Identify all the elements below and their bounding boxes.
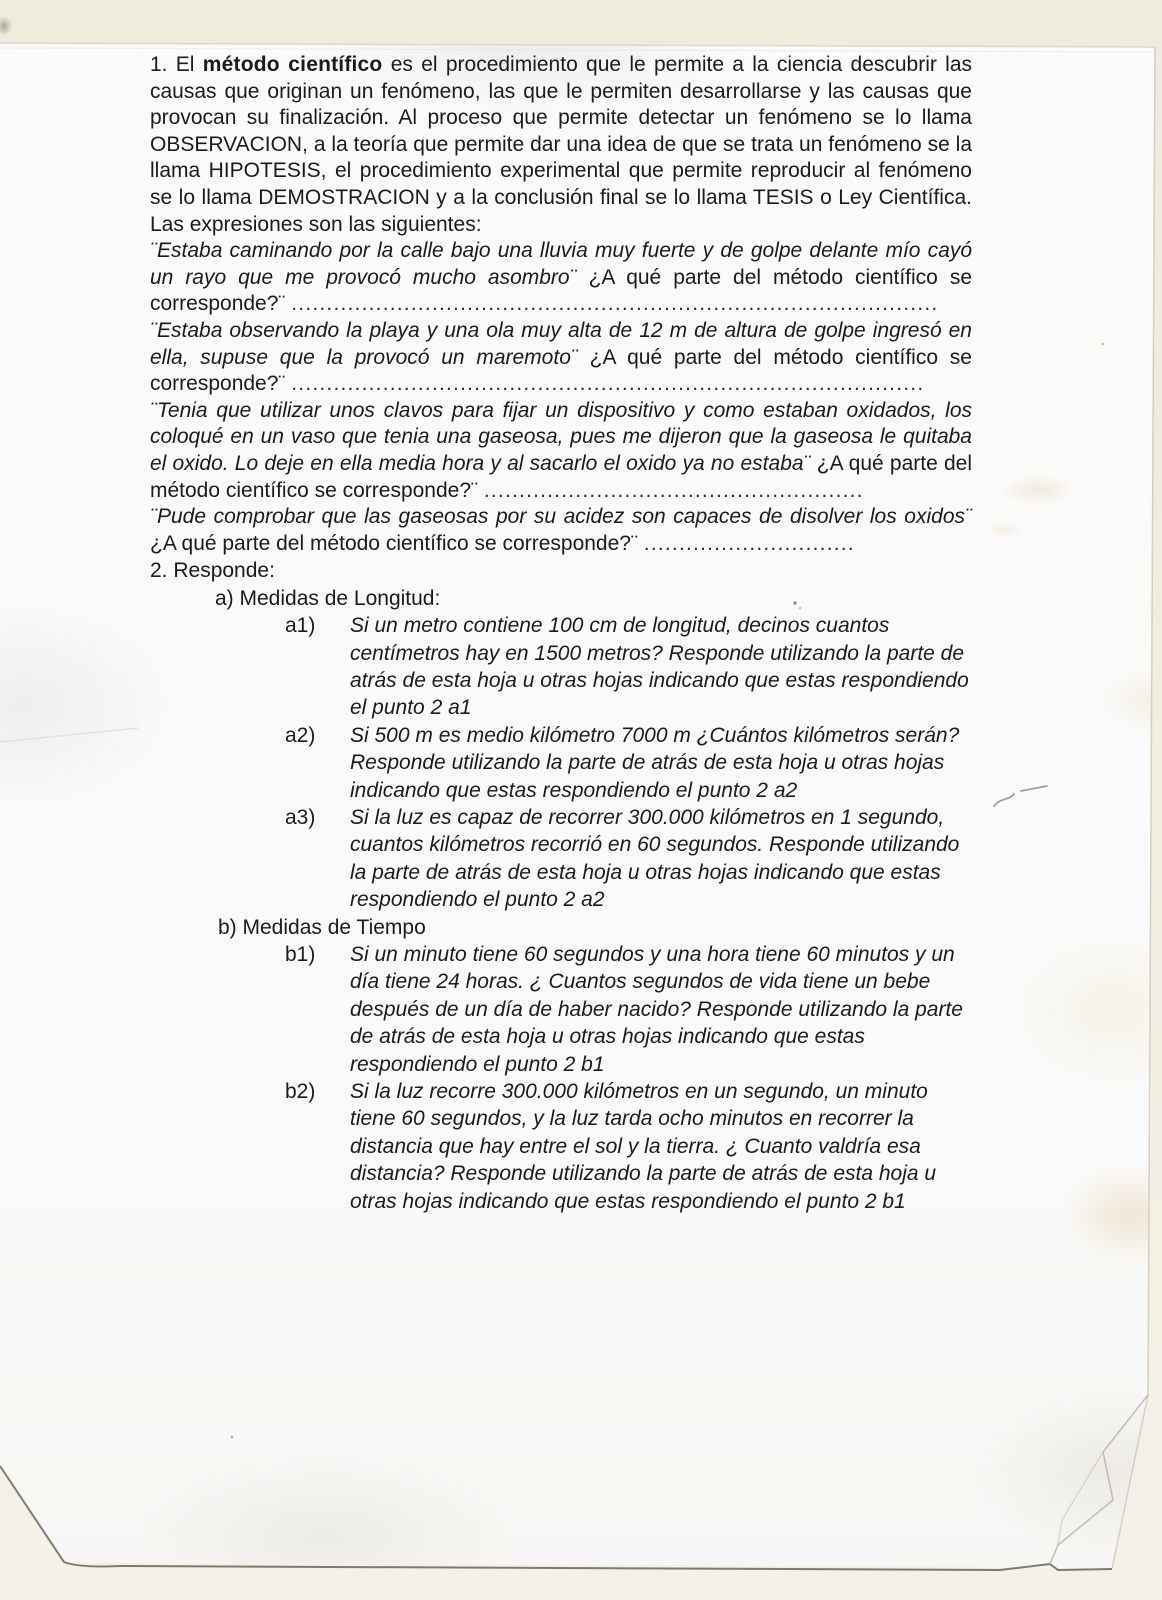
section-2: 2. Responde: a) Medidas de Longitud: a1)… bbox=[150, 557, 972, 1215]
expression-2: ¨Estaba observando la playa y una ola mu… bbox=[150, 318, 972, 398]
item-a3-number: a3) bbox=[285, 804, 315, 831]
group-b-label: b) Medidas de Tiempo bbox=[150, 914, 972, 941]
expression-4-answer-dots: .............................. bbox=[644, 532, 855, 555]
item-b1: b1)Si un minuto tiene 60 segundos y una … bbox=[150, 941, 972, 1078]
item-a1: a1)Si un metro contiene 100 cm de longit… bbox=[150, 612, 972, 722]
item-b2-number: b2) bbox=[285, 1078, 315, 1105]
intro-prefix: 1. El bbox=[150, 53, 203, 76]
item-b1-text: Si un minuto tiene 60 segundos y una hor… bbox=[350, 943, 963, 1076]
item-a2: a2)Si 500 m es medio kilómetro 7000 m ¿C… bbox=[150, 722, 972, 804]
section-2-heading: 2. Responde: bbox=[150, 557, 972, 584]
scanned-page: 1. El método científico es el procedimie… bbox=[0, 0, 1162, 1600]
paper-sheet: 1. El método científico es el procedimie… bbox=[0, 0, 1162, 1600]
item-a3-text: Si la luz es capaz de recorrer 300.000 k… bbox=[350, 806, 959, 911]
expression-4: ¨Pude comprobar que las gaseosas por su … bbox=[150, 504, 972, 557]
item-a2-number: a2) bbox=[285, 722, 315, 749]
worksheet-text: 1. El método científico es el procedimie… bbox=[150, 0, 972, 1215]
expression-4-quote: ¨Pude comprobar que las gaseosas por su … bbox=[150, 505, 972, 528]
item-b2: b2)Si la luz recorre 300.000 kilómetros … bbox=[150, 1078, 972, 1215]
item-a3: a3)Si la luz es capaz de recorrer 300.00… bbox=[150, 804, 972, 914]
expression-2-answer-dots: ........................................… bbox=[291, 372, 924, 395]
group-a-label: a) Medidas de Longitud: bbox=[150, 585, 972, 612]
expression-3: ¨Tenia que utilizar unos clavos para fij… bbox=[150, 398, 972, 504]
item-a2-text: Si 500 m es medio kilómetro 7000 m ¿Cuán… bbox=[350, 724, 959, 802]
item-a1-number: a1) bbox=[285, 612, 315, 639]
intro-paragraph: 1. El método científico es el procedimie… bbox=[150, 52, 972, 238]
expression-1-answer-dots: ........................................… bbox=[291, 292, 938, 315]
item-a1-text: Si un metro contiene 100 cm de longitud,… bbox=[350, 614, 969, 719]
intro-rest: es el procedimiento que le permite a la … bbox=[150, 53, 972, 236]
item-b1-number: b1) bbox=[285, 941, 315, 968]
expression-3-answer-dots: ........................................… bbox=[484, 479, 864, 502]
expression-4-question: ¿A qué parte del método científico se co… bbox=[150, 532, 644, 555]
item-b2-text: Si la luz recorre 300.000 kilómetros en … bbox=[350, 1080, 936, 1213]
expression-1: ¨Estaba caminando por la calle bajo una … bbox=[150, 238, 972, 318]
intro-bold-term: método científico bbox=[203, 53, 383, 76]
